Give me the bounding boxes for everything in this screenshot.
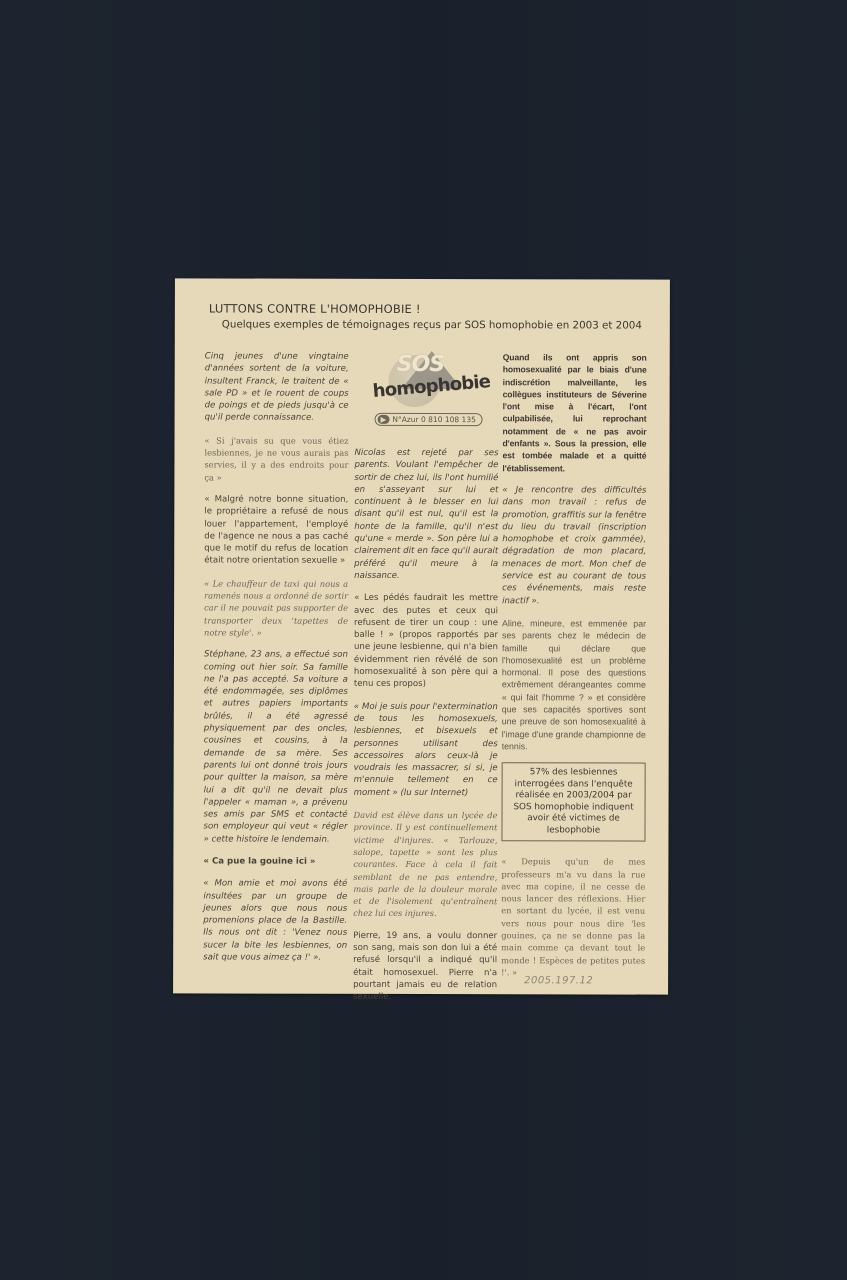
- testimony: Pierre, 19 ans, a voulu donner son sang,…: [353, 930, 497, 1004]
- statistic-box: 57% des lesbiennes interrogées dans l'en…: [501, 762, 645, 841]
- logo-phone-badge: ▶N°Azur 0 810 108 135: [375, 413, 483, 426]
- azur-label: N°Azur: [392, 415, 418, 424]
- testimony: « Si j'avais su que vous étiez lesbienne…: [204, 434, 348, 484]
- testimony: Quand ils ont appris son homosexualité p…: [502, 351, 646, 474]
- testimony: David est élève dans un lycée de provinc…: [353, 809, 497, 920]
- testimony: « Depuis qu'un de mes professeurs m'a vu…: [501, 855, 645, 978]
- accession-number: 2005.197.12: [524, 975, 593, 986]
- testimony: « Malgré notre bonne situation, le propr…: [204, 493, 348, 567]
- column-1: Cinq jeunes d'une vingtaine d'années sor…: [203, 350, 349, 974]
- testimony: « Les pédés faudrait les mettre avec des…: [354, 592, 498, 691]
- testimony: « Je rencontre des difficultés dans mon …: [502, 484, 646, 607]
- testimony: « Ca pue la gouine ici »: [203, 855, 347, 868]
- logo-name-text: homophobie: [372, 376, 490, 398]
- logo-sos-text: SOS: [397, 359, 444, 371]
- column-3: Quand ils ont appris son homosexualité p…: [501, 351, 647, 989]
- sos-homophobie-logo: SOS homophobie ▶N°Azur 0 810 108 135: [355, 351, 499, 439]
- phone-number: 0 810 108 135: [421, 415, 476, 424]
- flyer-sheet: LUTTONS CONTRE L'HOMOPHOBIE ! Quelques e…: [173, 278, 670, 994]
- document-title: LUTTONS CONTRE L'HOMOPHOBIE !: [209, 301, 421, 316]
- document-subtitle: Quelques exemples de témoignages reçus p…: [222, 318, 642, 331]
- play-arrow-icon: ▶: [378, 415, 390, 424]
- testimony: « Moi je suis pour l'extermination de to…: [354, 700, 498, 799]
- testimony: Aline, mineure, est emmenée par ses pare…: [502, 617, 646, 753]
- testimony: Nicolas est rejeté par ses parents. Voul…: [354, 447, 498, 583]
- column-2: SOS homophobie ▶N°Azur 0 810 108 135 Nic…: [353, 351, 499, 1014]
- testimony: « Le chauffeur de taxi qui nous a ramené…: [204, 577, 348, 639]
- testimony: Cinq jeunes d'une vingtaine d'années sor…: [205, 350, 349, 424]
- testimony: « Mon amie et moi avons été insultées pa…: [203, 878, 347, 964]
- testimony: Stéphane, 23 ans, a effectué son coming …: [203, 649, 348, 846]
